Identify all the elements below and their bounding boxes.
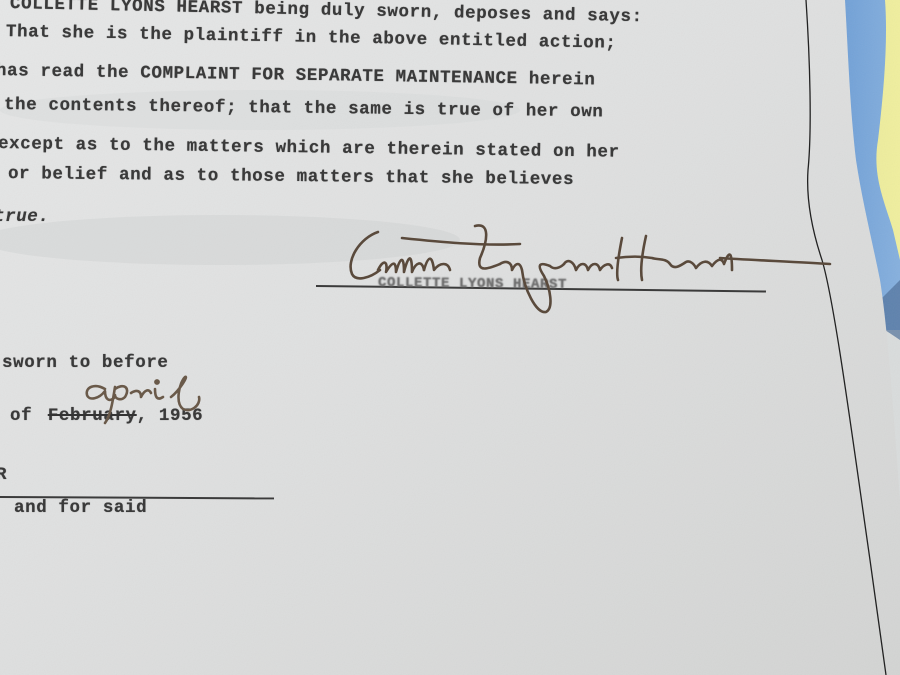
- background-text-fragment: v: [846, 160, 855, 175]
- background-text-fragment: is: [846, 26, 864, 41]
- verification-line-6: or belief and as to those matters that s…: [8, 164, 574, 190]
- verification-line-5: except as to the matters which are there…: [0, 134, 620, 163]
- background-text-fragment: yo: [846, 66, 864, 81]
- background-text-fragment: l: [846, 240, 855, 255]
- jurat-fragment-r: R: [0, 465, 7, 485]
- jurat-line-sworn: sworn to before: [2, 353, 169, 373]
- verification-line-7: true.: [0, 207, 50, 227]
- background-text-fragment: the: [846, 4, 873, 19]
- verification-line-3: has read the COMPLAINT FOR SEPARATE MAIN…: [0, 61, 596, 90]
- handwritten-month-april: April: [75, 375, 215, 425]
- background-yellow-sheet: the is d, yo pl l v ac l: [840, 0, 900, 300]
- verification-line-2: That she is the plaintiff in the above e…: [6, 22, 617, 54]
- background-text-fragment: d,: [846, 46, 864, 61]
- background-text-fragment: pl: [846, 86, 864, 101]
- background-text-fragment: ac: [846, 220, 864, 235]
- handwritten-signature: Collette Lyons Hearst: [340, 218, 840, 328]
- jurat-line-and-for-said: and for said: [14, 498, 147, 518]
- background-text-fragment: l: [846, 140, 855, 155]
- jurat-of: of: [10, 406, 32, 426]
- verification-line-4: the contents thereof; that the same is t…: [4, 95, 604, 122]
